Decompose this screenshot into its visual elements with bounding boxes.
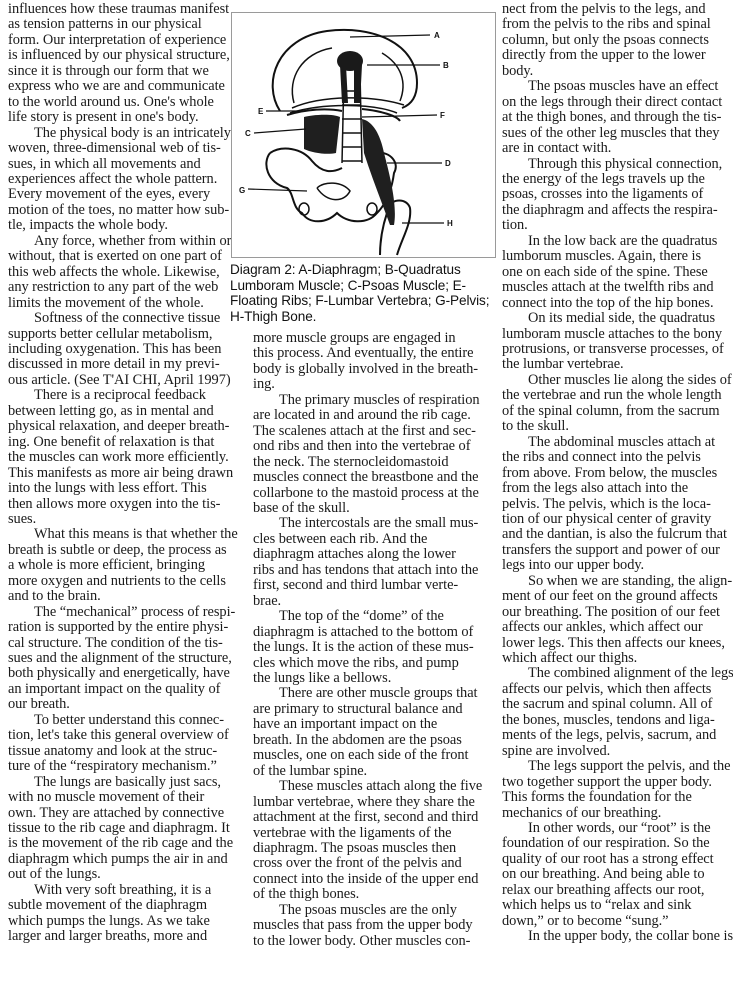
label-e: E xyxy=(258,107,264,116)
text-line: the lungs like a bellows. xyxy=(253,671,489,686)
text-line: the muscles can work more efficiently. xyxy=(8,450,230,465)
text-line: connect into the inside of the upper end xyxy=(253,872,489,887)
paragraph: With very soft breathing, it is asubtle … xyxy=(8,883,230,945)
text-line: the diaphragm and affects the respira- xyxy=(502,203,728,218)
text-line: ribs and has tendons that attach into th… xyxy=(253,563,489,578)
text-line: These muscles attach along the five xyxy=(253,779,489,794)
label-c: C xyxy=(245,129,251,138)
text-line: ture of the “respiratory mechanism.” xyxy=(8,759,230,774)
text-line: vertebrae with the ligaments of the xyxy=(253,826,489,841)
text-line: With very soft breathing, it is a xyxy=(8,883,230,898)
text-line: ments of the legs, pelvis, sacrum, and xyxy=(502,728,728,743)
paragraph: The physical body is an intricatelywoven… xyxy=(8,126,230,234)
paragraph: more muscle groups are engaged inthis pr… xyxy=(253,331,489,393)
paragraph: Through this physical connection,the ene… xyxy=(502,157,728,234)
text-line: sues of the other leg muscles that they xyxy=(502,126,728,141)
text-line: muscles, one on each side of the front xyxy=(253,748,489,763)
text-line: more muscle groups are engaged in xyxy=(253,331,489,346)
text-line: There are other muscle groups that xyxy=(253,686,489,701)
text-line: lumborum muscles. Again, there is xyxy=(502,249,728,264)
paragraph: In other words, our “root” is thefoundat… xyxy=(502,821,728,929)
paragraph: nect from the pelvis to the legs, andfro… xyxy=(502,2,728,79)
paragraph: The psoas muscles are the onlymuscles th… xyxy=(253,903,489,949)
text-line: at the thigh bones, and through the tis- xyxy=(502,110,728,125)
paragraph: The lungs are basically just sacs,with n… xyxy=(8,775,230,883)
text-line: the lungs. It is the action of these mus… xyxy=(253,640,489,655)
text-line: on our breathing. And being able to xyxy=(502,867,728,882)
text-line: our breath. xyxy=(8,697,230,712)
text-line: between letting go, as in mental and xyxy=(8,404,230,419)
text-line: two together support the upper body. xyxy=(502,775,728,790)
text-line: cles which move the ribs, and pump xyxy=(253,656,489,671)
text-line: of the lumbar spine. xyxy=(253,764,489,779)
text-line: and the dantian, is also the fulcrum tha… xyxy=(502,527,728,542)
text-line: diaphragm which pumps the air in and xyxy=(8,852,230,867)
text-line: influences how these traumas manifest xyxy=(8,2,230,17)
text-line: On its medial side, the quadratus xyxy=(502,311,728,326)
paragraph: These muscles attach along the fivelumba… xyxy=(253,779,489,903)
text-line: The combined alignment of the legs xyxy=(502,666,728,681)
text-line: more oxygen and nutrients to the cells xyxy=(8,574,230,589)
text-line: breath. In the abdomen are the psoas xyxy=(253,733,489,748)
text-line: Softness of the connective tissue xyxy=(8,311,230,326)
text-line: the energy of the legs travels up the xyxy=(502,172,728,187)
text-line: cal structure. The condition of the tis- xyxy=(8,636,230,651)
text-line: transfers the support and power of our xyxy=(502,543,728,558)
text-line: of the spinal column, from the sacrum xyxy=(502,404,728,419)
text-line: base of the skull. xyxy=(253,501,489,516)
paragraph: In the upper body, the collar bone is xyxy=(502,929,728,944)
text-line: discussed in more detail in my previ- xyxy=(8,357,230,372)
text-line: first, second and third lumbar verte- xyxy=(253,578,489,593)
text-line: both physically and energetically, have xyxy=(8,666,230,681)
text-line: sues. xyxy=(8,512,230,527)
text-line: collarbone to the mastoid process at the xyxy=(253,486,489,501)
text-line: this web affects the whole. Likewise, xyxy=(8,265,230,280)
text-line: directly from the upper to the lower xyxy=(502,48,728,63)
text-line: experiences affect the whole pattern. xyxy=(8,172,230,187)
text-line: own. They are attached by connective xyxy=(8,806,230,821)
figure-caption: Diagram 2: A-Diaphragm; B-Quadratus Lumb… xyxy=(230,262,500,324)
text-line: limits the movement of the whole. xyxy=(8,296,230,311)
text-line: without, that is exerted on one part of xyxy=(8,249,230,264)
text-line: tissue to the rib cage and diaphragm. It xyxy=(8,821,230,836)
text-line: muscles attach at the twelfth ribs and xyxy=(502,280,728,295)
text-line: the lumbar vertebrae. xyxy=(502,357,728,372)
paragraph: The psoas muscles have an effecton the l… xyxy=(502,79,728,156)
text-line: any restriction to any part of the web xyxy=(8,280,230,295)
text-line: pelvis. The pelvis, which is the loca- xyxy=(502,497,728,512)
caption-line: Floating Ribs; F-Lumbar Vertebra; G-Pelv… xyxy=(230,293,500,309)
text-line: to the world around us. One's whole xyxy=(8,95,230,110)
paragraph: There is a reciprocal feedbackbetween le… xyxy=(8,388,230,527)
text-line: since it is through our form that we xyxy=(8,64,230,79)
paragraph: So when we are standing, the align-ment … xyxy=(502,574,728,667)
text-line: There is a reciprocal feedback xyxy=(8,388,230,403)
text-line: then allows more oxygen into the tis- xyxy=(8,497,230,512)
text-line: sues, in which all movements and xyxy=(8,157,230,172)
text-line: diaphragm attaches along the lower xyxy=(253,547,489,562)
text-line: the bones, muscles, tendons and liga- xyxy=(502,713,728,728)
text-line: and to the brain. xyxy=(8,589,230,604)
text-line: an important impact on the quality of xyxy=(8,682,230,697)
text-line: legs into our upper body. xyxy=(502,558,728,573)
paragraph: The legs support the pelvis, and thetwo … xyxy=(502,759,728,821)
text-column-right: nect from the pelvis to the legs, andfro… xyxy=(502,2,728,945)
label-b: B xyxy=(443,61,449,70)
text-line: woven, three-dimensional web of tis- xyxy=(8,141,230,156)
text-line: ond ribs and then into the vertebrae of xyxy=(253,439,489,454)
text-line: down,” or to become “sung.” xyxy=(502,914,728,929)
text-line: In the upper body, the collar bone is xyxy=(502,929,728,944)
text-line: The physical body is an intricately xyxy=(8,126,230,141)
text-line: tion, let's take this general overview o… xyxy=(8,728,230,743)
text-line: out of the lungs. xyxy=(8,867,230,882)
text-line: The primary muscles of respiration xyxy=(253,393,489,408)
text-line: larger and larger breaths, more and xyxy=(8,929,230,944)
text-line: body is globally involved in the breath- xyxy=(253,362,489,377)
text-line: The psoas muscles are the only xyxy=(253,903,489,918)
label-a: A xyxy=(434,31,440,40)
paragraph: What this means is that whether thebreat… xyxy=(8,527,230,604)
text-line: on the legs through their direct contact xyxy=(502,95,728,110)
text-line: breath is subtle or deep, the process as xyxy=(8,543,230,558)
text-line: diaphragm. The psoas muscles then xyxy=(253,841,489,856)
text-line: diaphragm is attached to the bottom of xyxy=(253,625,489,640)
text-line: tion of our physical center of gravity xyxy=(502,512,728,527)
paragraph: The primary muscles of respirationare lo… xyxy=(253,393,489,517)
text-line: supports better cellular metabolism, xyxy=(8,327,230,342)
text-line: tissue anatomy and look at the struc- xyxy=(8,744,230,759)
text-line: muscles that pass from the upper body xyxy=(253,918,489,933)
text-line: life story is present in one's body. xyxy=(8,110,230,125)
text-line: affects our pelvis, which then affects xyxy=(502,682,728,697)
paragraph: Other muscles lie along the sides ofthe … xyxy=(502,373,728,435)
text-line: Through this physical connection, xyxy=(502,157,728,172)
text-line: which affect our thighs. xyxy=(502,651,728,666)
text-line: express who we are and communicate xyxy=(8,79,230,94)
text-line: the neck. The sternocleidomastoid xyxy=(253,455,489,470)
text-line: psoas, crosses into the ligaments of xyxy=(502,187,728,202)
text-line: to the lower body. Other muscles con- xyxy=(253,934,489,949)
text-line: muscles connect the breastbone and the xyxy=(253,470,489,485)
label-g: G xyxy=(239,186,245,195)
text-line: our breathing. The position of our feet xyxy=(502,605,728,620)
text-line: foundation of our respiration. So the xyxy=(502,836,728,851)
text-line: are primary to structural balance and xyxy=(253,702,489,717)
text-line: one on each side of the spine. These xyxy=(502,265,728,280)
text-line: Other muscles lie along the sides of xyxy=(502,373,728,388)
paragraph: The combined alignment of the legsaffect… xyxy=(502,666,728,759)
text-line: The psoas muscles have an effect xyxy=(502,79,728,94)
text-line: as tension patterns in our physical xyxy=(8,17,230,32)
caption-line: Lumboram Muscle; C-Psoas Muscle; E- xyxy=(230,278,500,294)
text-line: mechanics of our breathing. xyxy=(502,806,728,821)
diaphragm-psoas-illustration-icon: A B E F C D G H xyxy=(232,13,497,259)
text-line: Every movement of the eyes, every xyxy=(8,187,230,202)
text-line: the sacrum and spinal column. All of xyxy=(502,697,728,712)
text-line: So when we are standing, the align- xyxy=(502,574,728,589)
text-line: lumboram muscle attaches to the bony xyxy=(502,327,728,342)
caption-line: H-Thigh Bone. xyxy=(230,309,500,325)
paragraph: The “mechanical” process of respi-ration… xyxy=(8,605,230,713)
text-line: have an important impact on the xyxy=(253,717,489,732)
text-line: connect into the top of the hip bones. xyxy=(502,296,728,311)
text-line: lower legs. This then affects our knees, xyxy=(502,636,728,651)
text-line: In the low back are the quadratus xyxy=(502,234,728,249)
text-line: lumbar vertebrae, where they share the xyxy=(253,795,489,810)
text-line: nect from the pelvis to the legs, and xyxy=(502,2,728,17)
text-line: the ribs and connect into the pelvis xyxy=(502,450,728,465)
text-line: is the movement of the rib cage and the xyxy=(8,836,230,851)
text-line: brae. xyxy=(253,594,489,609)
paragraph: The top of the “dome” of thediaphragm is… xyxy=(253,609,489,686)
text-line: The top of the “dome” of the xyxy=(253,609,489,624)
paragraph: Softness of the connective tissuesupport… xyxy=(8,311,230,388)
text-line: quality of our root has a strong effect xyxy=(502,852,728,867)
text-line: with no muscle movement of their xyxy=(8,790,230,805)
text-line: subtle movement of the diaphragm xyxy=(8,898,230,913)
text-line: tion. xyxy=(502,218,728,233)
text-line: form. Our interpretation of experience xyxy=(8,33,230,48)
text-line: attachment at the first, second and thir… xyxy=(253,810,489,825)
text-line: the vertebrae and run the whole length xyxy=(502,388,728,403)
text-line: protrusions, or transverse processes, of xyxy=(502,342,728,357)
anatomy-diagram: A B E F C D G H xyxy=(231,12,496,258)
text-line: spine are involved. xyxy=(502,744,728,759)
text-line: The legs support the pelvis, and the xyxy=(502,759,728,774)
text-line: this process. And eventually, the entire xyxy=(253,346,489,361)
text-line: This manifests as more air being drawn xyxy=(8,466,230,481)
paragraph: Any force, whether from within orwithout… xyxy=(8,234,230,311)
caption-line: Diagram 2: A-Diaphragm; B-Quadratus xyxy=(230,262,500,278)
text-line: cross over the front of the pelvis and xyxy=(253,856,489,871)
text-line: including oxygenation. This has been xyxy=(8,342,230,357)
text-line: The “mechanical” process of respi- xyxy=(8,605,230,620)
text-column-middle: more muscle groups are engaged inthis pr… xyxy=(253,331,489,949)
text-line: ment of our feet on the ground affects xyxy=(502,589,728,604)
text-line: cles between each rib. And the xyxy=(253,532,489,547)
text-line: sues and the alignment of the structure, xyxy=(8,651,230,666)
text-line: of the thigh bones. xyxy=(253,887,489,902)
text-line: physical relaxation, and deeper breath- xyxy=(8,419,230,434)
text-line: What this means is that whether the xyxy=(8,527,230,542)
paragraph: There are other muscle groups thatare pr… xyxy=(253,686,489,779)
text-line: which helps us to “relax and sink xyxy=(502,898,728,913)
text-line: are located in and around the rib cage. xyxy=(253,408,489,423)
text-line: The lungs are basically just sacs, xyxy=(8,775,230,790)
text-line: from the legs also attach into the xyxy=(502,481,728,496)
paragraph: influences how these traumas manifestas … xyxy=(8,2,230,126)
label-f: F xyxy=(440,111,445,120)
text-line: are in contact with. xyxy=(502,141,728,156)
text-line: motion of the toes, no matter how sub- xyxy=(8,203,230,218)
text-line: tle, impacts the whole body. xyxy=(8,218,230,233)
text-line: ing. One benefit of relaxation is that xyxy=(8,435,230,450)
text-line: The intercostals are the small mus- xyxy=(253,516,489,531)
paragraph: The abdominal muscles attach atthe ribs … xyxy=(502,435,728,574)
text-line: ration is supported by the entire physi- xyxy=(8,620,230,635)
text-line: The abdominal muscles attach at xyxy=(502,435,728,450)
text-line: from above. From below, the muscles xyxy=(502,466,728,481)
text-line: column, but only the psoas connects xyxy=(502,33,728,48)
text-line: Any force, whether from within or xyxy=(8,234,230,249)
text-line: This forms the foundation for the xyxy=(502,790,728,805)
text-line: ing. xyxy=(253,377,489,392)
text-line: relax our breathing affects our root, xyxy=(502,883,728,898)
text-line: To better understand this connec- xyxy=(8,713,230,728)
text-column-left: influences how these traumas manifestas … xyxy=(8,2,230,945)
text-line: to the skull. xyxy=(502,419,728,434)
text-line: The scalenes attach at the first and sec… xyxy=(253,424,489,439)
text-line: from the pelvis to the ribs and spinal xyxy=(502,17,728,32)
text-line: In other words, our “root” is the xyxy=(502,821,728,836)
text-line: is influenced by our physical structure, xyxy=(8,48,230,63)
paragraph: The intercostals are the small mus-cles … xyxy=(253,516,489,609)
text-line: which pumps the lungs. As we take xyxy=(8,914,230,929)
paragraph: On its medial side, the quadratuslumbora… xyxy=(502,311,728,373)
paragraph: In the low back are the quadratuslumboru… xyxy=(502,234,728,311)
text-line: ous article. (See T'AI CHI, April 1997) xyxy=(8,373,230,388)
text-line: into the lungs with less effort. This xyxy=(8,481,230,496)
label-h: H xyxy=(447,219,453,228)
text-line: body. xyxy=(502,64,728,79)
paragraph: To better understand this connec-tion, l… xyxy=(8,713,230,775)
text-line: a whole is more efficient, bringing xyxy=(8,558,230,573)
text-line: affects our ankles, which affect our xyxy=(502,620,728,635)
label-d: D xyxy=(445,159,451,168)
